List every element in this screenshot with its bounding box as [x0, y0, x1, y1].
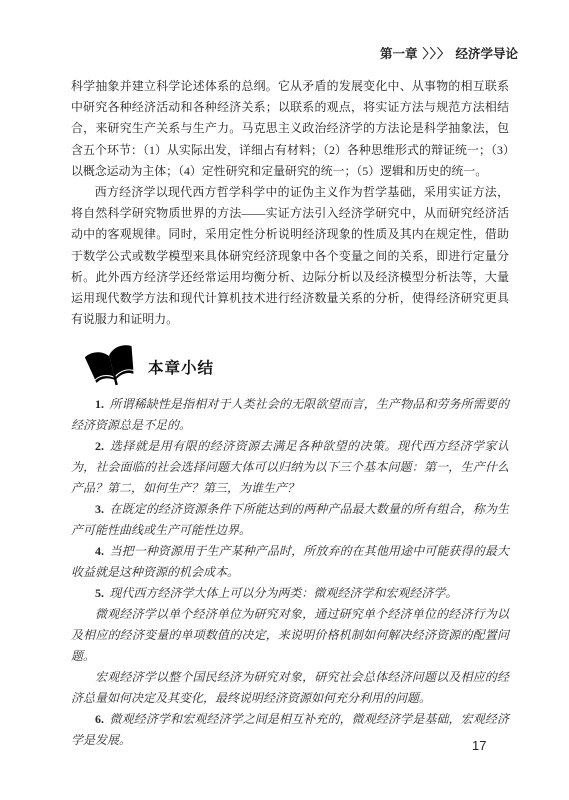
- summary-item: 3.在既定的经济资源条件下所能达到的两种产品最大数量的所有组合，称为生产可能性曲…: [71, 499, 509, 541]
- section-title: 本章小结: [148, 356, 214, 378]
- page-content: 科学抽象并建立科学论述体系的总纲。它从矛盾的发展变化中、从事物的相互联系中研究各…: [71, 76, 509, 751]
- item-text: 当把一种资源用于生产某种产品时，所放弃的在其他用途中可能获得的最大收益就是这种资…: [71, 544, 509, 579]
- chapter-title: 经济学导论: [455, 47, 518, 61]
- item-number: 6.: [95, 712, 104, 726]
- item-text: 现代西方经济学大体上可以分为两类：微观经济学和宏观经济学。: [109, 586, 457, 600]
- page-number: 17: [472, 738, 486, 753]
- item-text: 微观经济学以单个经济单位为研究对象，通过研究单个经济单位的经济行为以及相应的经济…: [71, 607, 509, 663]
- chapter-summary: 1.所谓稀缺性是指相对于人类社会的无限欲望而言，生产物品和劳务所需要的经济资源总…: [71, 394, 509, 751]
- chapter-summary-heading: 本章小结: [85, 344, 509, 390]
- item-number: 2.: [95, 439, 104, 453]
- item-text: 所谓稀缺性是指相对于人类社会的无限欲望而言，生产物品和劳务所需要的经济资源总是不…: [71, 397, 509, 432]
- item-number: 1.: [95, 397, 104, 411]
- summary-item: 6.微观经济学和宏观经济学之间是相互补充的，微观经济学是基础，宏观经济学是发展。: [71, 709, 509, 751]
- summary-item: 5.现代西方经济学大体上可以分为两类：微观经济学和宏观经济学。: [71, 583, 509, 604]
- item-number: 5.: [95, 586, 104, 600]
- item-text: 宏观经济学以整个国民经济为研究对象，研究社会总体经济问题以及相应的经济总量如何决…: [71, 670, 509, 705]
- item-number: 4.: [95, 544, 104, 558]
- chevrons-separator: 〉〉〉: [422, 47, 450, 61]
- summary-item: 2.选择就是用有限的经济资源去满足各种欲望的决策。现代西方经济学家认为，社会面临…: [71, 436, 509, 499]
- body-paragraph: 科学抽象并建立科学论述体系的总纲。它从矛盾的发展变化中、从事物的相互联系中研究各…: [71, 76, 509, 182]
- item-text: 微观经济学和宏观经济学之间是相互补充的，微观经济学是基础，宏观经济学是发展。: [71, 712, 509, 747]
- page-header: 第一章〉〉〉经济学导论: [380, 44, 518, 62]
- item-text: 在既定的经济资源条件下所能达到的两种产品最大数量的所有组合，称为生产可能性曲线或…: [71, 502, 509, 537]
- chapter-number: 第一章: [380, 47, 418, 61]
- summary-item: 宏观经济学以整个国民经济为研究对象，研究社会总体经济问题以及相应的经济总量如何决…: [71, 667, 509, 709]
- open-book-icon: [85, 344, 139, 390]
- summary-item: 微观经济学以单个经济单位为研究对象，通过研究单个经济单位的经济行为以及相应的经济…: [71, 604, 509, 667]
- book-page: 第一章〉〉〉经济学导论 科学抽象并建立科学论述体系的总纲。它从矛盾的发展变化中、…: [0, 0, 569, 800]
- summary-item: 1.所谓稀缺性是指相对于人类社会的无限欲望而言，生产物品和劳务所需要的经济资源总…: [71, 394, 509, 436]
- summary-item: 4.当把一种资源用于生产某种产品时，所放弃的在其他用途中可能获得的最大收益就是这…: [71, 541, 509, 583]
- item-number: 3.: [95, 502, 104, 516]
- item-text: 选择就是用有限的经济资源去满足各种欲望的决策。现代西方经济学家认为，社会面临的社…: [71, 439, 509, 495]
- body-paragraph: 西方经济学以现代西方哲学科学中的证伪主义作为哲学基础，采用实证方法，将自然科学研…: [71, 182, 509, 330]
